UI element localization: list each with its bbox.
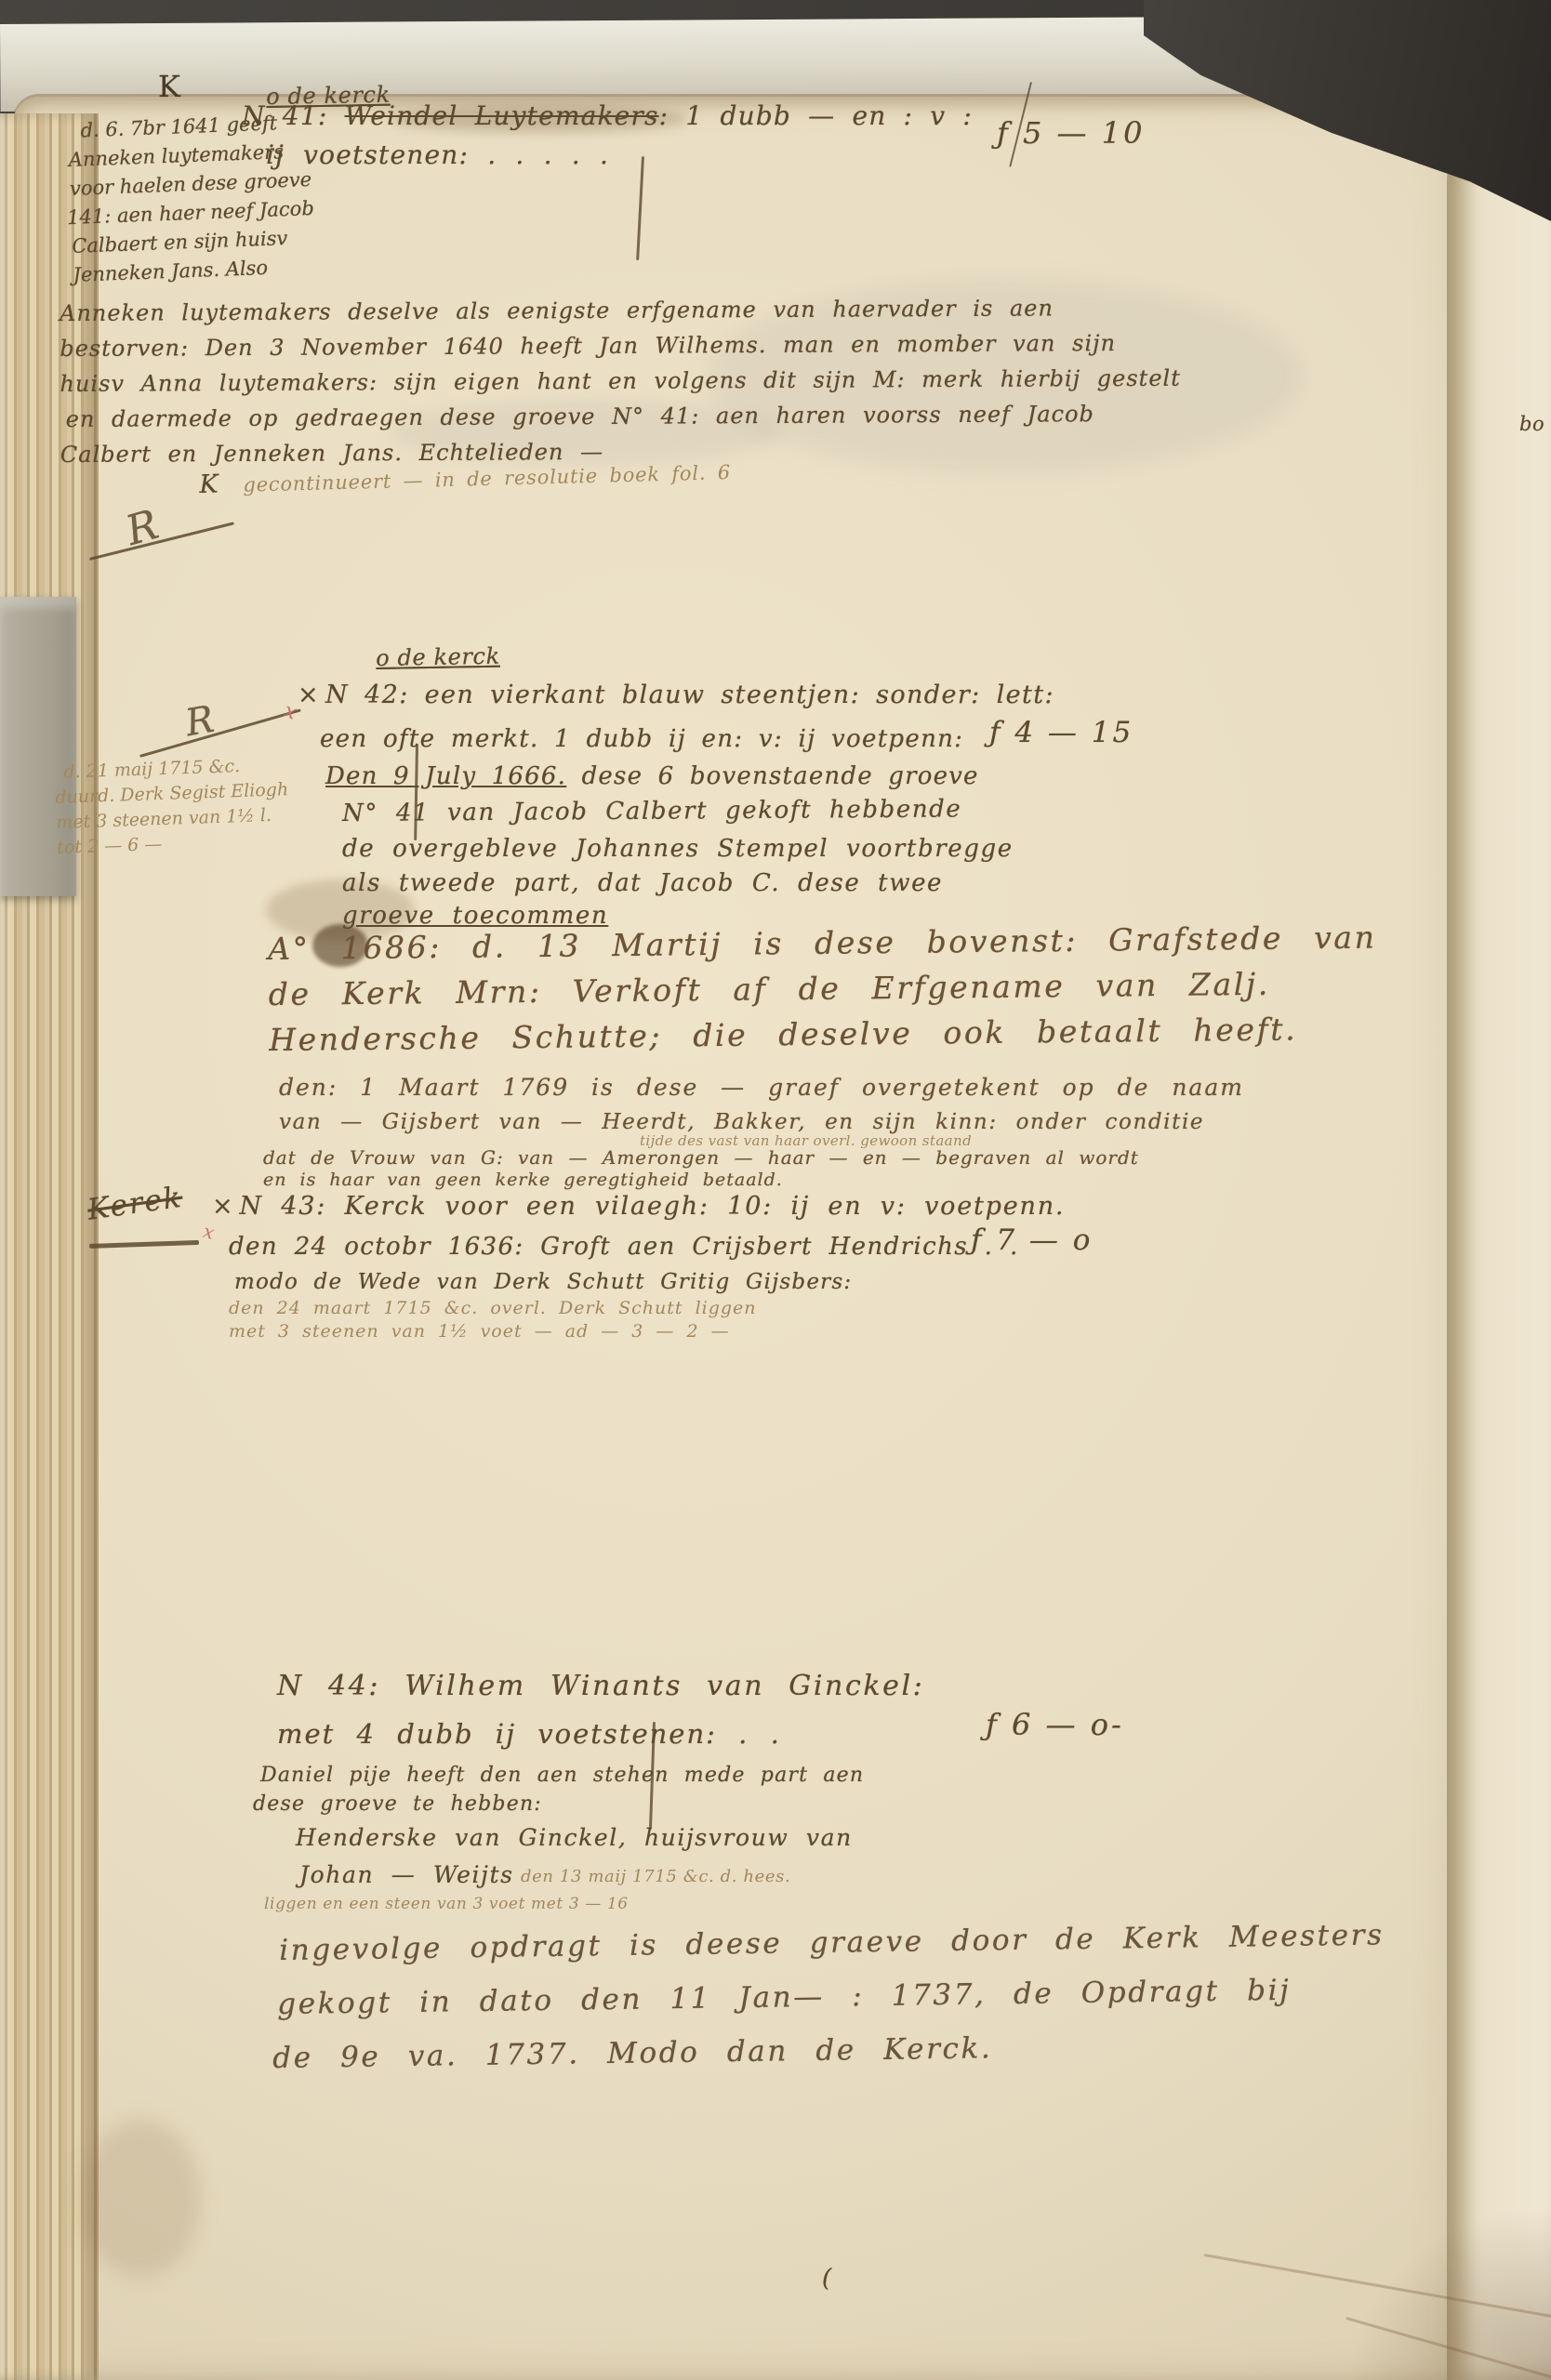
entry-44-line2: met 4 dubb ij voetstenen: . . xyxy=(277,1718,781,1750)
note-1769-line4: en is haar van geen kerke geregtigheid b… xyxy=(263,1170,783,1190)
entry-44-line7: liggen en een steen van 3 voet met 3 — 1… xyxy=(264,1895,629,1913)
entry-44-amount: ƒ 6 — o- xyxy=(986,1707,1124,1742)
entry-44-line3: Daniel pije heeft den aen stehen mede pa… xyxy=(260,1764,864,1787)
entry-42-amount: ƒ 4 — 15 xyxy=(989,716,1133,749)
body-line: en daermede op gedraegen dese groeve N° … xyxy=(66,396,1182,437)
edge-text-fragment: bo xyxy=(1519,413,1544,435)
entry-44-line6: Johan — Weijts xyxy=(299,1861,514,1888)
entry-43-line4: den 24 maart 1715 &c. overl. Derk Schutt… xyxy=(229,1298,757,1318)
entry-42-line3: Den 9 July 1666. dese 6 bovenstaende gro… xyxy=(325,762,979,790)
entry-42-x: × xyxy=(298,681,320,709)
manuscript-scan: K d. 6. 7br 1641 geeft Anneken luytemake… xyxy=(0,0,1551,2380)
facing-page-edge xyxy=(1447,138,1551,2380)
entry-42-date: Den 9 July 1666. xyxy=(325,762,566,790)
entry-41-line2: ij voetstenen: . . . . . xyxy=(266,139,609,170)
entry-44-line1: N 44: Wilhem Winants van Ginckel: xyxy=(277,1670,924,1702)
entry-43-text: N 43: Kerck voor een vilaegh: 10: ij en … xyxy=(239,1192,1065,1221)
entry-43-line5: met 3 steenen van 1½ voet — ad — 3 — 2 — xyxy=(229,1321,730,1342)
entry-42-line4: N° 41 van Jacob Calbert gekoft hebbende xyxy=(342,795,961,827)
page-curl-shade xyxy=(1294,2157,1551,2380)
entry-41-name-struck: Weindel Luytemakers xyxy=(345,100,659,131)
body-line: Anneken luytemakers deselve als eenigste… xyxy=(60,290,1181,331)
entry-44-line4: dese groeve te hebben: xyxy=(253,1792,542,1816)
margin-note-1715: d. 21 maij 1715 &c. duurd. Derk Segist E… xyxy=(54,752,290,861)
entry-42-line1: ×N 42: een vierkant blauw steentjen: son… xyxy=(298,681,1054,709)
entry-42-date-rest: dese 6 bovenstaende groeve xyxy=(566,762,979,790)
body-line: huisv Anna luytemakers: sijn eigen hant … xyxy=(60,361,1181,402)
note-1769-line2: van — Gijsbert van — Heerdt, Bakker, en … xyxy=(279,1110,1204,1134)
entry-41-number: N 41: xyxy=(242,100,345,131)
entry-42-header: o de kerck xyxy=(376,643,500,671)
entry-41-amount: ƒ 5 — 10 xyxy=(997,115,1145,151)
entry-43-x: × xyxy=(212,1192,234,1221)
stray-paren-mark: ( xyxy=(822,2265,832,2293)
body-line: bestorven: Den 3 November 1640 heeft Jan… xyxy=(60,325,1181,366)
entry-42-line6: als tweede part, dat Jacob C. dese twee xyxy=(342,869,943,897)
entry-43-line1: ×N 43: Kerck voor een vilaegh: 10: ij en… xyxy=(212,1192,1065,1221)
entry-41-rest: : 1 dubb — en : v : xyxy=(659,100,973,131)
note-1769-line1: den: 1 Maart 1769 is dese — graef overge… xyxy=(279,1074,1244,1101)
note-1686: A° 1686: d. 13 Martij is dese bovenst: G… xyxy=(268,915,1378,1063)
note-k-initial: K xyxy=(199,469,219,499)
entry-44-line5: Henderske van Ginckel, huijsvrouw van xyxy=(296,1824,853,1851)
entry-43-line3: modo de Wede van Derk Schutt Gritig Gijs… xyxy=(234,1270,852,1294)
entry-42-line5: de overgebleve Johannes Stempel voortbre… xyxy=(342,835,1014,863)
entry-42-line2: een ofte merkt. 1 dubb ij en: v: ij voet… xyxy=(320,725,963,753)
entry-43-line2: den 24 octobr 1636: Groft aen Crijsbert … xyxy=(229,1233,1019,1261)
note-1769-line3: dat de Vrouw van G: van — Amerongen — ha… xyxy=(263,1146,1139,1169)
entry-41-line1: N 41: Weindel Luytemakers: 1 dubb — en :… xyxy=(242,100,973,131)
folio-letter: K xyxy=(158,69,181,104)
entry-42-text: N 42: een vierkant blauw steentjen: sond… xyxy=(325,681,1054,709)
entry-41-body: Anneken luytemakers deselve als eenigste… xyxy=(60,290,1181,472)
margin-note-1641: d. 6. 7br 1641 geeft Anneken luytemakers… xyxy=(67,108,317,290)
entry-43-amount: ƒ 7 — o xyxy=(971,1223,1093,1257)
entry-44-line6-small: den 13 maij 1715 &c. d. hees. xyxy=(521,1867,790,1886)
